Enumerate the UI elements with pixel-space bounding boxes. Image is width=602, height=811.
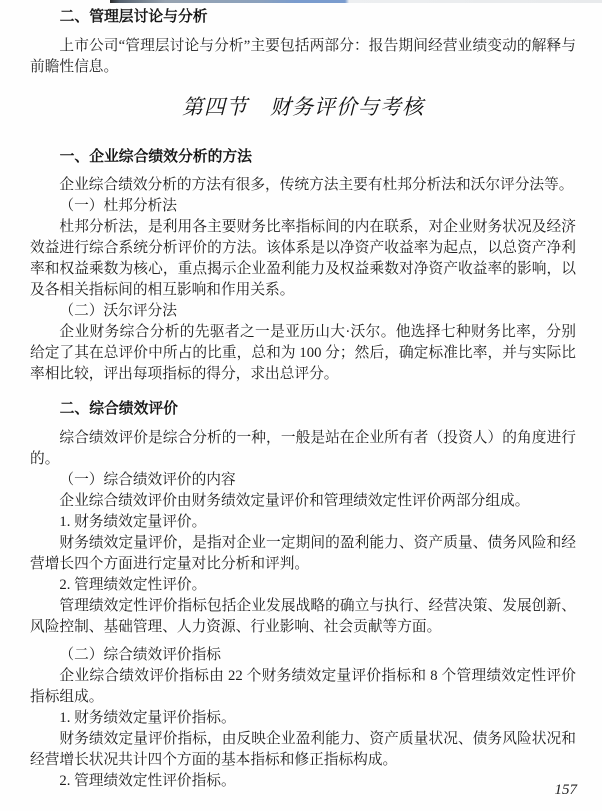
paragraph-qualitative-eval-detail: 管理绩效定性评价指标包括企业发展战略的确立与执行、经营决策、发展创新、风险控制、… <box>30 596 576 638</box>
subheading-eval-content: （一）综合绩效评价的内容 <box>30 470 576 491</box>
scan-edge-artifact <box>110 0 602 3</box>
paragraph-eval-two-parts: 企业综合绩效评价由财务绩效定量评价和管理绩效定性评价两部分组成。 <box>30 491 576 512</box>
list-item-qualitative-eval: 2. 管理绩效定性评价。 <box>30 575 576 596</box>
paragraph-quantitative-eval-detail: 财务绩效定量评价，是指对企业一定期间的盈利能力、资产质量、债务风险和经营增长四个… <box>30 533 576 575</box>
heading-comprehensive-performance-eval: 二、综合绩效评价 <box>30 399 576 420</box>
subheading-dupont-analysis: （一）杜邦分析法 <box>30 196 576 217</box>
paragraph-dupont-description: 杜邦分析法，是利用各主要财务比率指标间的内在联系，对企业财务状况及经济效益进行综… <box>30 217 576 301</box>
document-page: 二、管理层讨论与分析 上市公司“管理层讨论与分析”主要包括两部分：报告期间经营业… <box>0 0 602 811</box>
heading-performance-analysis-methods: 一、企业综合绩效分析的方法 <box>30 147 576 168</box>
paragraph-indicator-counts: 企业综合绩效评价指标由 22 个财务绩效定量评价指标和 8 个管理绩效定性评价指… <box>30 666 576 708</box>
subheading-wall-scoring: （二）沃尔评分法 <box>30 301 576 322</box>
list-item-quantitative-eval: 1. 财务绩效定量评价。 <box>30 512 576 533</box>
paragraph-listed-company-mda: 上市公司“管理层讨论与分析”主要包括两部分：报告期间经营业绩变动的解释与前瞻性信… <box>30 36 576 78</box>
list-item-qualitative-indicators: 2. 管理绩效定性评价指标。 <box>30 771 576 792</box>
list-item-quantitative-indicators: 1. 财务绩效定量评价指标。 <box>30 708 576 729</box>
subheading-eval-indicators: （二）综合绩效评价指标 <box>30 645 576 666</box>
paragraph-methods-overview: 企业综合绩效分析的方法有很多，传统方法主要有杜邦分析法和沃尔评分法等。 <box>30 175 576 196</box>
page-number: 157 <box>555 783 578 798</box>
paragraph-eval-owner-perspective: 综合绩效评价是综合分析的一种，一般是站在企业所有者（投资人）的角度进行的。 <box>30 428 576 470</box>
heading-management-discussion-analysis: 二、管理层讨论与分析 <box>30 7 576 28</box>
paragraph-quantitative-indicators-det: 财务绩效定量评价指标，由反映企业盈利能力、资产质量状况、债务风险状况和经营增长状… <box>30 729 576 771</box>
paragraph-wall-description: 企业财务综合分析的先驱者之一是亚历山大·沃尔。他选择七种财务比率，分别给定了其在… <box>30 322 576 385</box>
section-title-financial-evaluation: 第四节 财务评价与考核 <box>30 94 576 120</box>
page-content: 二、管理层讨论与分析 上市公司“管理层讨论与分析”主要包括两部分：报告期间经营业… <box>30 7 576 792</box>
